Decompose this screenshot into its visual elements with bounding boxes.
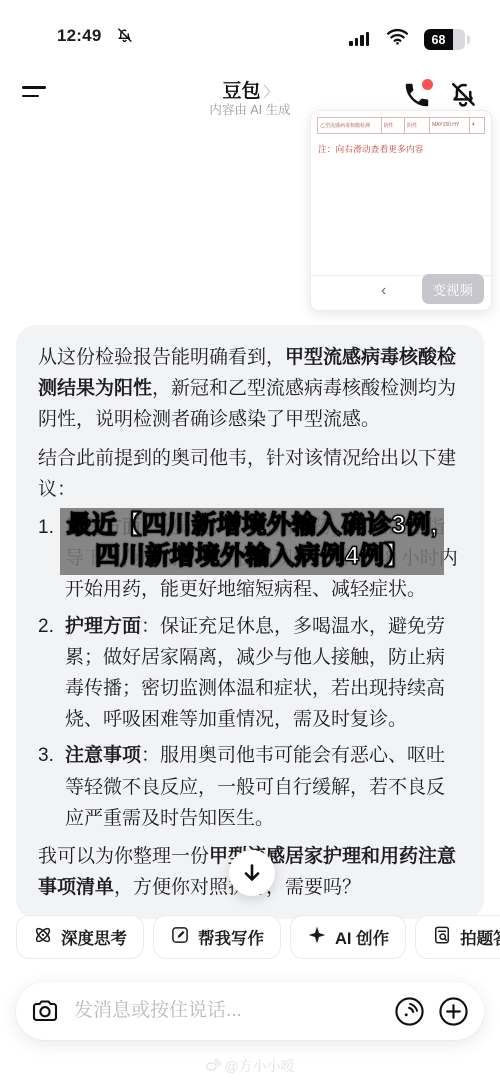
- chip-deep-think[interactable]: 深度思考: [16, 915, 144, 959]
- paragraph-diagnosis: 从这份检验报告能明确看到，甲型流感病毒核酸检测结果为阳性，新冠和乙型流感病毒核酸…: [38, 342, 462, 436]
- clock: 12:49: [57, 26, 101, 46]
- pencil-square-icon: [170, 925, 190, 950]
- chip-label: 深度思考: [61, 925, 127, 949]
- notifications-muted-icon: [116, 27, 133, 49]
- deep-think-icon: [33, 925, 53, 950]
- paragraph-intro: 结合此前提到的奥司他韦，针对该情况给出以下建议：: [38, 443, 462, 505]
- cellular-signal-icon: [349, 32, 369, 46]
- report-preview-card[interactable]: 乙型流感病毒核酸检测 阴性 阴性 MAY150.HY 4 注：向右滑动查看更多内…: [310, 110, 492, 311]
- weibo-watermark: @方小小嗳: [0, 1056, 500, 1076]
- app-title: 豆包: [222, 81, 260, 102]
- chip-label: AI 创作: [335, 925, 389, 949]
- list-item: 3. 注意事项：服用奥司他韦可能会有恶心、呕吐等轻微不良反应，一般可自行缓解，若…: [38, 740, 462, 834]
- report-table-row: 乙型流感病毒核酸检测 阴性 阴性 MAY150.HY 4: [317, 117, 485, 134]
- sparkle-icon: [307, 925, 327, 950]
- table-cell: 阴性: [405, 118, 430, 133]
- scroll-to-bottom-button[interactable]: [229, 850, 275, 896]
- message-input[interactable]: [72, 999, 381, 1023]
- table-cell: 乙型流感病毒核酸检测: [318, 118, 382, 133]
- chip-label: 拍题答疑: [460, 925, 500, 949]
- weibo-logo-icon: [205, 1058, 221, 1075]
- chip-photo-solve[interactable]: 拍题答疑: [415, 915, 500, 959]
- voice-call-mode-icon[interactable]: [394, 996, 425, 1027]
- table-cell: 4: [470, 118, 484, 133]
- to-video-button[interactable]: 变视频: [422, 274, 485, 304]
- battery-percent: 68: [432, 33, 446, 47]
- table-cell: MAY150.HY: [430, 118, 470, 133]
- mute-notifications-icon[interactable]: [448, 80, 480, 112]
- table-cell: 阴性: [382, 118, 405, 133]
- call-notification-badge: [422, 79, 433, 90]
- chevron-right-icon: 〉: [264, 84, 278, 100]
- chip-ai-create[interactable]: AI 创作: [290, 915, 406, 959]
- quick-action-bar: 深度思考 帮我写作 AI 创作 拍题答疑: [16, 915, 500, 961]
- back-chevron-icon[interactable]: ‹: [381, 282, 386, 300]
- voice-call-button[interactable]: [402, 80, 434, 112]
- battery-icon: 68: [424, 29, 465, 50]
- preview-footer: ‹ 变视频: [311, 275, 491, 310]
- camera-icon[interactable]: [31, 998, 59, 1024]
- swipe-hint-note: 注：向右滑动查看更多内容: [318, 143, 484, 155]
- chip-help-write[interactable]: 帮我写作: [153, 915, 281, 959]
- wifi-icon: [386, 28, 409, 50]
- status-bar: 12:49 68: [0, 18, 500, 54]
- arrow-down-icon: [240, 861, 264, 885]
- video-subtitle-overlay: 最近【四川新增境外输入确诊3例,四川新增境外输入病例4例】: [60, 508, 444, 575]
- doc-search-icon: [432, 925, 452, 950]
- ai-message-bubble: 从这份检验报告能明确看到，甲型流感病毒核酸检测结果为阳性，新冠和乙型流感病毒核酸…: [16, 325, 484, 919]
- chip-label: 帮我写作: [198, 925, 264, 949]
- message-input-bar: [16, 982, 484, 1040]
- list-item: 2. 护理方面：保证充足休息，多喝温水，避免劳累；做好居家隔离，减少与他人接触，…: [38, 611, 462, 736]
- watermark-text: @方小小嗳: [224, 1056, 294, 1076]
- plus-icon[interactable]: [438, 996, 469, 1027]
- battery-nub: [467, 35, 470, 44]
